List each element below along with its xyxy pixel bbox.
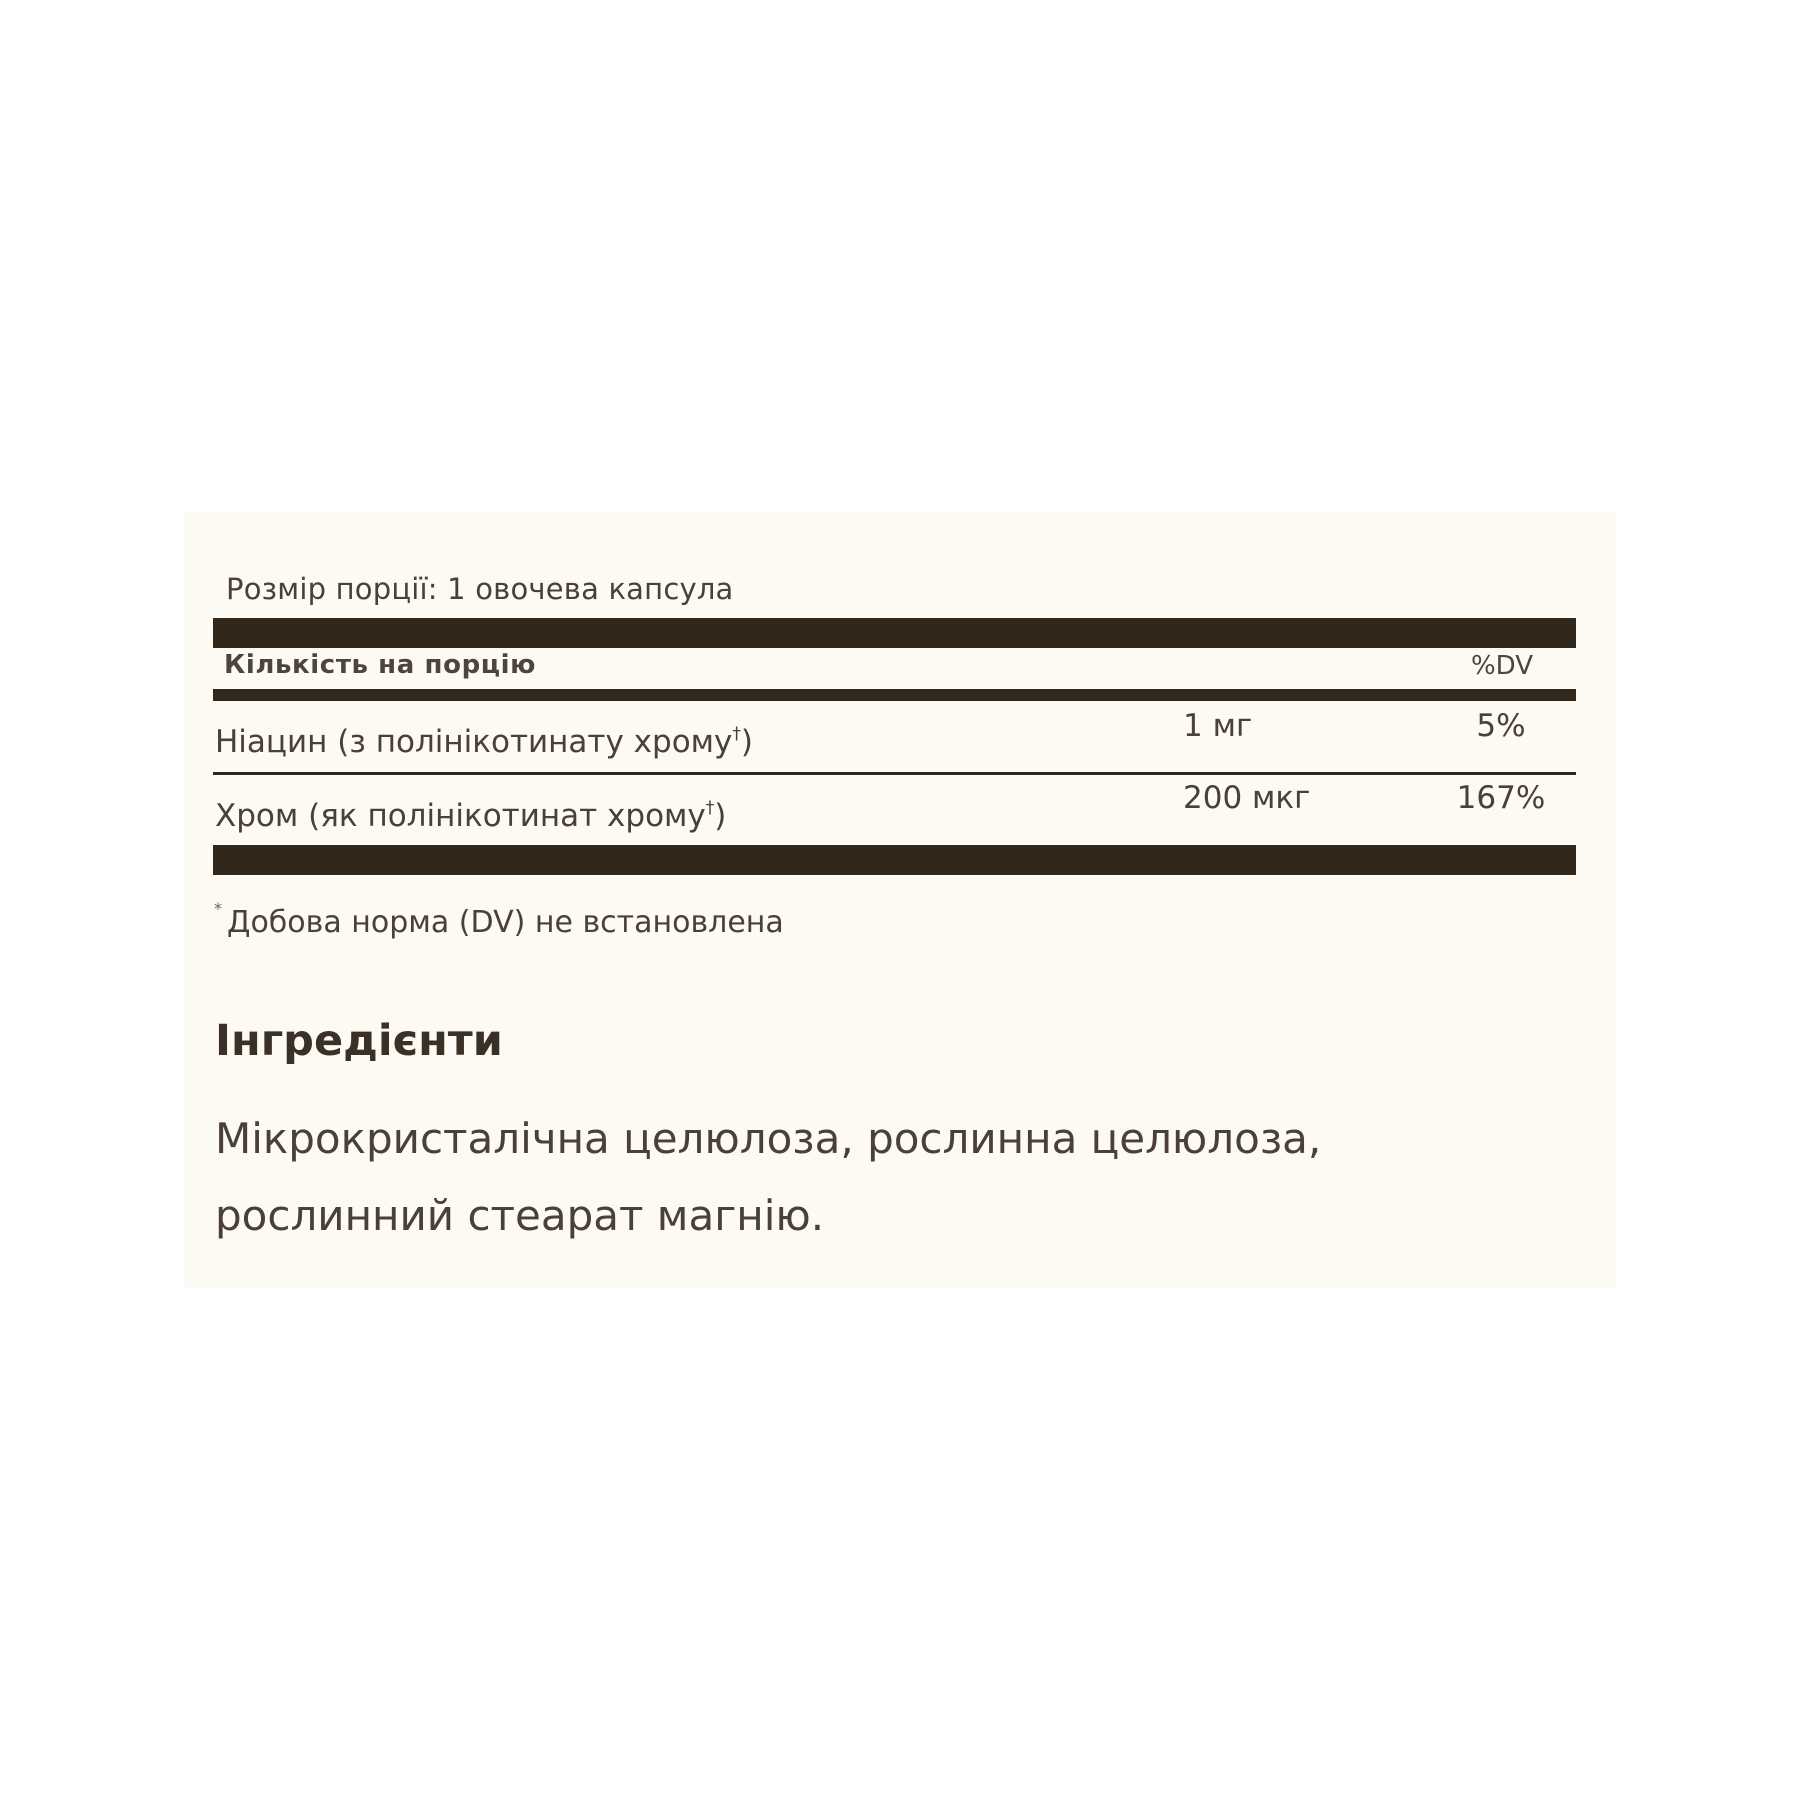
- supplement-facts-panel: Розмір порції: 1 овочева капсула Кількіс…: [184, 512, 1616, 1288]
- daily-value-header: %DV: [1462, 653, 1542, 679]
- nutrient-name: Ніацин (з полінікотинату хрому†): [215, 726, 753, 758]
- thick-rule-bottom: [213, 845, 1576, 875]
- thick-rule-top: [213, 618, 1576, 648]
- footnote: Добова норма (DV) не встановлена: [227, 908, 784, 938]
- nutrient-dv: 167%: [1446, 783, 1556, 814]
- nutrient-amount: 1 мг: [1183, 711, 1252, 742]
- nutrient-name: Хром (як полінікотинат хрому†): [215, 800, 726, 832]
- ingredients-text: Мікрокристалічна целюлоза, рослинна целю…: [215, 1100, 1555, 1254]
- medium-rule: [213, 689, 1576, 701]
- nutrient-dv: 5%: [1446, 711, 1556, 742]
- nutrient-amount: 200 мкг: [1183, 783, 1310, 814]
- amount-per-serving-header: Кількість на порцію: [224, 652, 536, 678]
- footnote-mark: *: [214, 901, 222, 917]
- ingredients-heading: Інгредієнти: [215, 1020, 503, 1063]
- thin-rule: [213, 772, 1576, 775]
- serving-size: Розмір порції: 1 овочева капсула: [226, 575, 734, 604]
- dagger-mark: †: [732, 724, 741, 744]
